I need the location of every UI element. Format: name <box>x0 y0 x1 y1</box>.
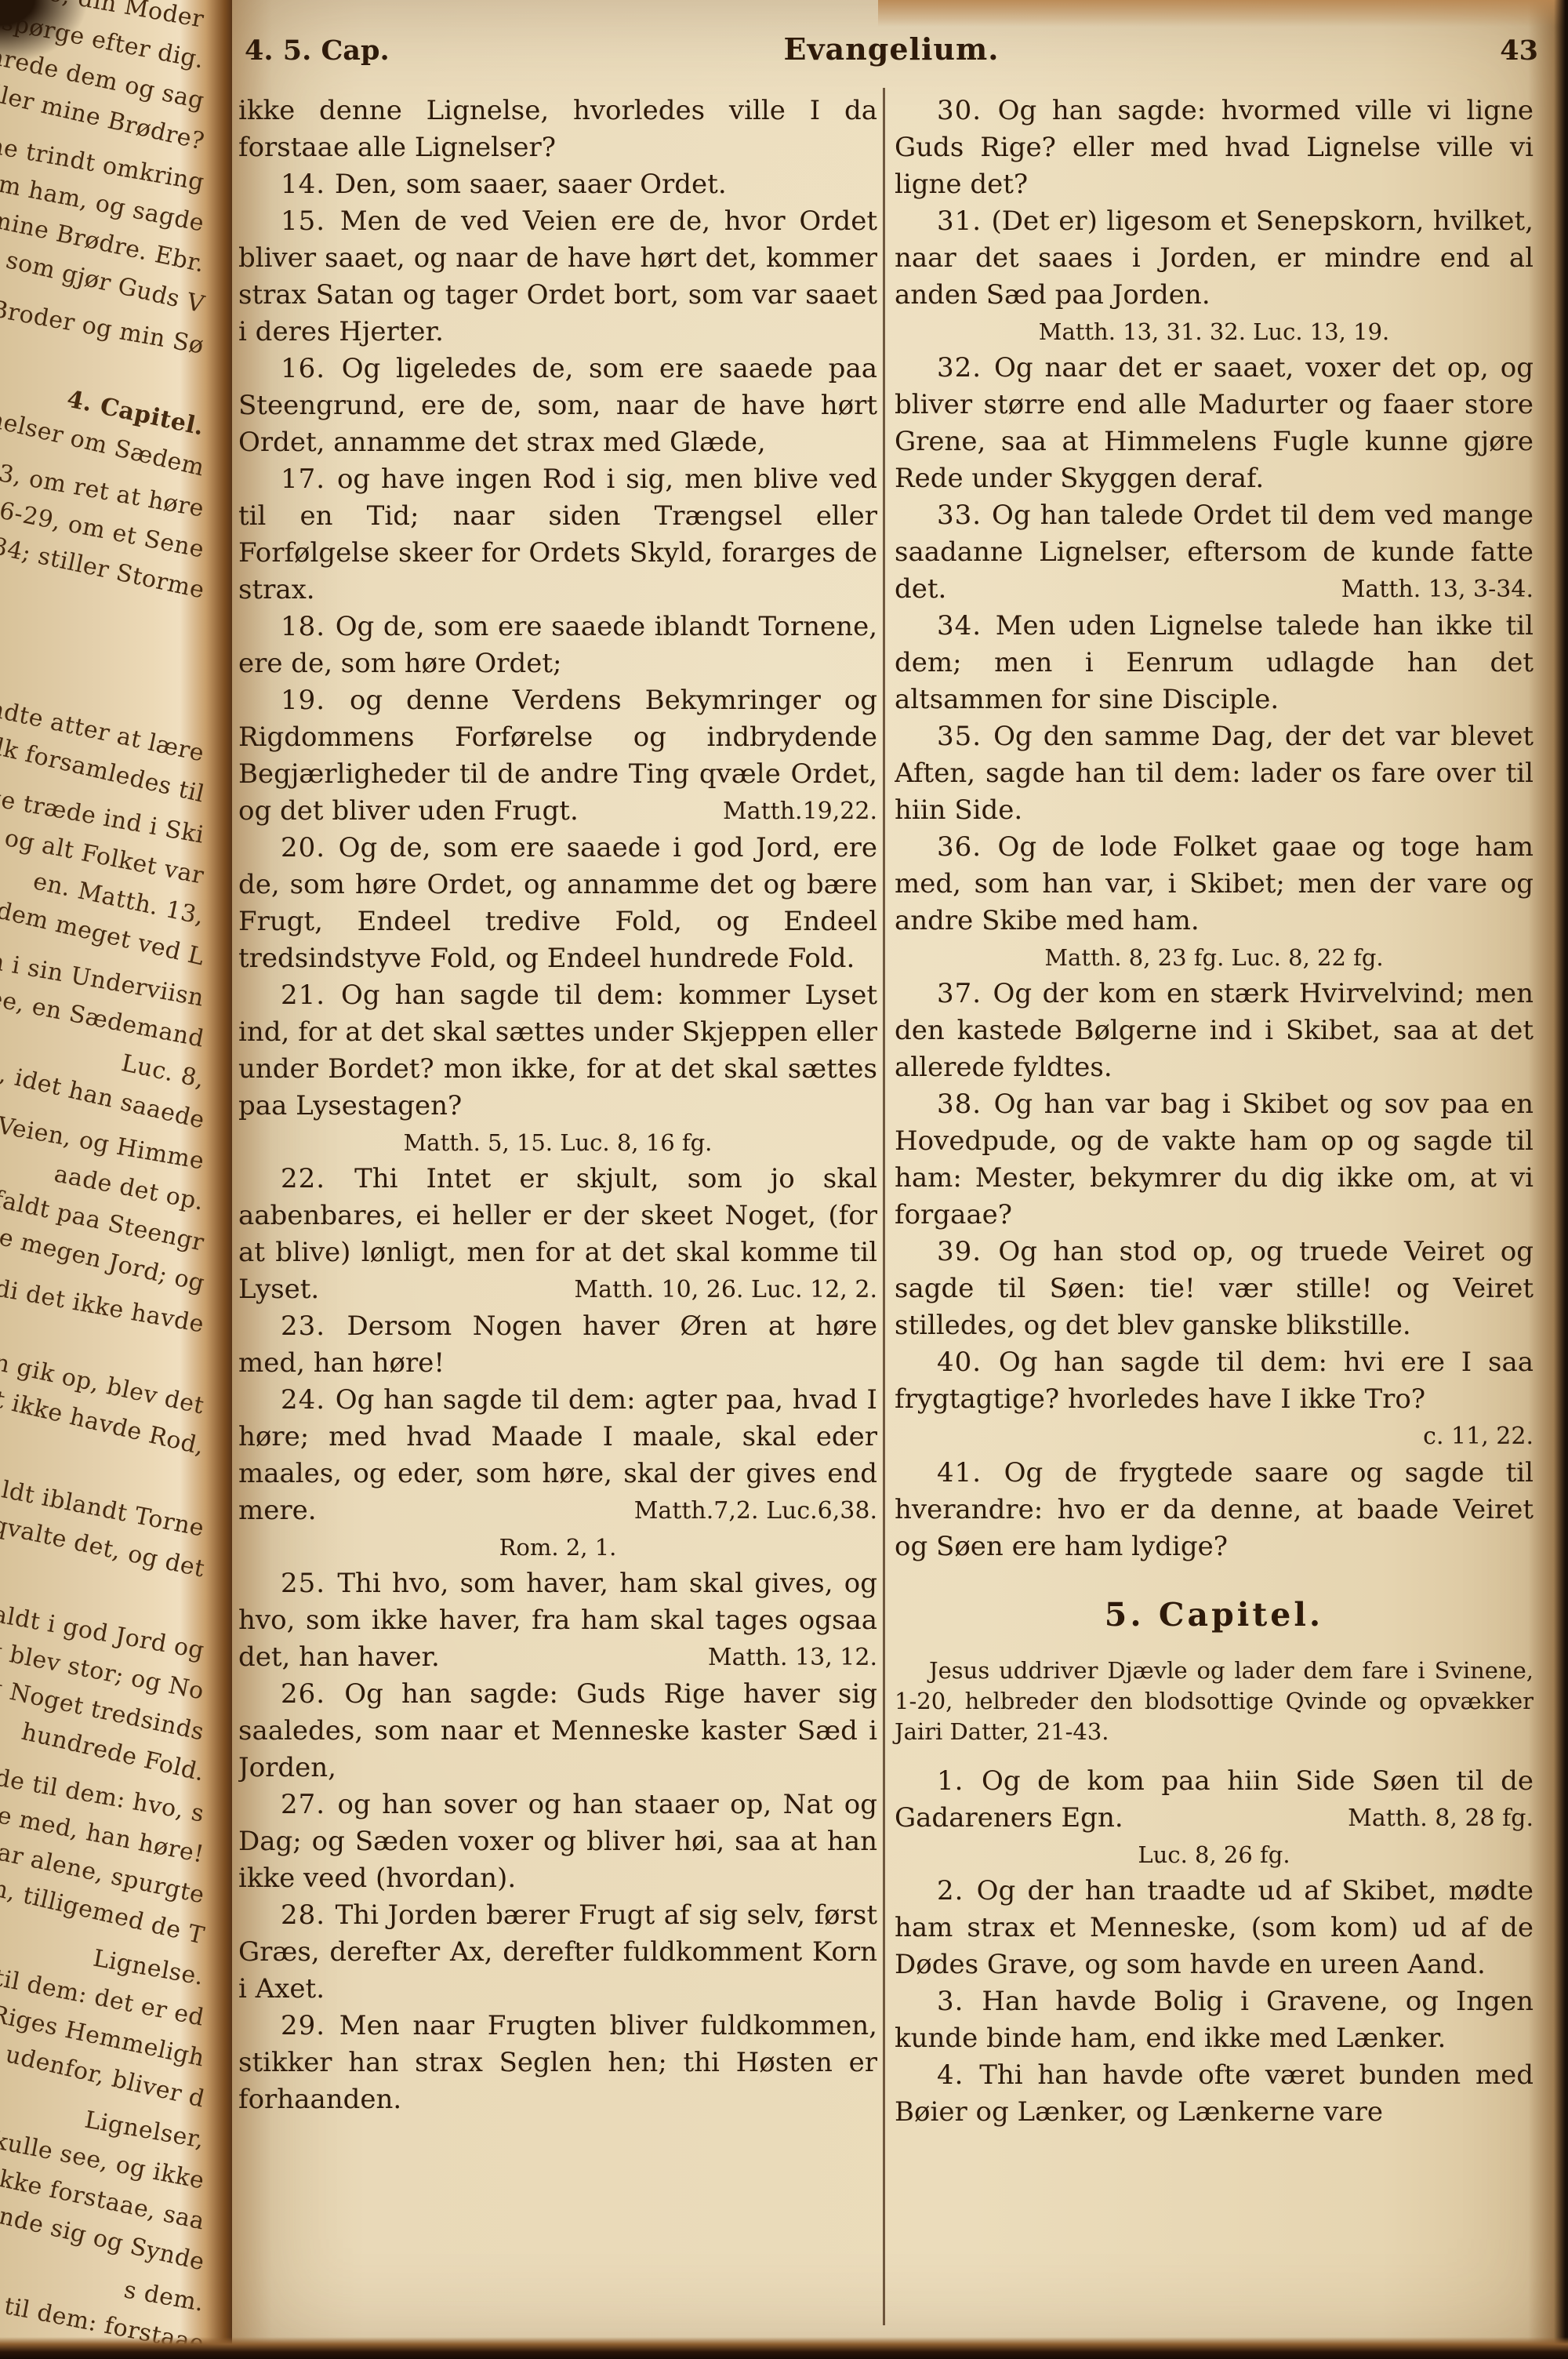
scripture-reference: Luc. 8, 26 fg. <box>895 1838 1534 1871</box>
verse: 31. (Det er) ligesom et Senepskorn, hvil… <box>895 203 1534 314</box>
chapter-heading: 5. Capitel. <box>895 1597 1534 1634</box>
verse-number: 21. <box>281 980 341 1011</box>
verse: 20. Og de, som ere saaede i god Jord, er… <box>238 830 877 977</box>
verse-number: 37. <box>937 978 993 1009</box>
verse: 41. Og de frygtede saare og sagde til hv… <box>895 1455 1534 1565</box>
verse-number: 16. <box>281 353 342 384</box>
scripture-reference: Matth. 13, 12. <box>666 1639 877 1676</box>
verse: 34. Men uden Lignelse talede han ikke ti… <box>895 608 1534 718</box>
page-edge-stack-bottom <box>0 2337 1568 2359</box>
verse: 18. Og de, som ere saaede iblandt Tornen… <box>238 609 877 682</box>
verse: 26. Og han sagde: Guds Rige haver sig sa… <box>238 1676 877 1787</box>
verse-number: 1. <box>937 1765 982 1797</box>
scripture-reference: Rom. 2, 1. <box>238 1531 877 1564</box>
verse-number: 14. <box>281 169 335 200</box>
verse: 30. Og han sagde: hvormed ville vi ligne… <box>895 93 1534 203</box>
verse: 1. Og de kom paa hiin Side Søen til de G… <box>895 1763 1534 1837</box>
verse: 38. Og han var bag i Skibet og sov paa e… <box>895 1086 1534 1234</box>
verse: 15. Men de ved Veien ere de, hvor Ordet … <box>238 203 877 351</box>
right-column-verses-chapter4: 30. Og han sagde: hvormed ville vi ligne… <box>895 93 1534 1565</box>
verse: 23. Dersom Nogen haver Øren at høre med,… <box>238 1308 877 1382</box>
left-column-verses: 14. Den, som saaer, saaer Ordet.15. Men … <box>238 166 877 2118</box>
photo-edge-right <box>1554 0 1568 2359</box>
verse: 33. Og han talede Ordet til dem ved mang… <box>895 497 1534 608</box>
scripture-reference: Matth. 8, 28 fg. <box>1305 1800 1534 1837</box>
verse-number: 33. <box>937 500 992 531</box>
verse-number: 23. <box>281 1310 347 1342</box>
verse-number: 24. <box>281 1384 336 1416</box>
verse-number: 31. <box>937 205 992 237</box>
verse-number: 35. <box>937 721 993 752</box>
verse-number: 41. <box>937 1457 1004 1488</box>
scripture-reference: Matth.7,2. Luc.6,38. <box>592 1492 877 1529</box>
right-column-verses-chapter5: 1. Og de kom paa hiin Side Søen til de G… <box>895 1763 1534 2131</box>
verse: 3. Han havde Bolig i Gravene, og Ingen k… <box>895 1983 1534 2057</box>
verse: 16. Og ligeledes de, som ere saaede paa … <box>238 351 877 461</box>
scripture-reference: Matth.19,22. <box>681 793 877 830</box>
page-header: 4. 5. Cap. Evangelium. 43 <box>245 31 1538 67</box>
verse-number: 19. <box>281 685 350 716</box>
verse: 37. Og der kom en stærk Hvirvelvind; men… <box>895 976 1534 1086</box>
book-page: 4. 5. Cap. Evangelium. 43 ikke denne Lig… <box>232 0 1568 2359</box>
facing-page-gutter: see, din Moderr spørge efter dig.n svare… <box>0 0 237 2359</box>
verse: 21. Og han sagde til dem: kommer Lyset i… <box>238 977 877 1125</box>
left-column: ikke denne Lignelse, hvorledes ville I d… <box>238 93 877 2131</box>
verse-number: 34. <box>937 610 996 642</box>
verse-number: 30. <box>937 95 998 126</box>
scripture-reference: Matth. 10, 26. Luc. 12, 2. <box>532 1271 877 1308</box>
verse-number: 22. <box>281 1163 354 1194</box>
verse: 25. Thi hvo, som haver, ham skal gives, … <box>238 1565 877 1676</box>
verse-number: 36. <box>937 831 998 863</box>
verse: 19. og denne Verdens Bekymringer og Rigd… <box>238 682 877 830</box>
photo-corner-shadow <box>0 0 86 63</box>
scripture-reference: Matth. 13, 31. 32. Luc. 13, 19. <box>895 315 1534 348</box>
verse: 35. Og den samme Dag, der det var blevet… <box>895 718 1534 829</box>
chapter-intro: Jesus uddriver Djævle og lader dem fare … <box>895 1656 1534 1747</box>
verse-number: 25. <box>281 1568 337 1599</box>
chapter-label: 4. 5. Cap. <box>245 35 480 67</box>
verse-number: 32. <box>937 352 994 383</box>
verse-number: 20. <box>281 832 339 863</box>
verse: 32. Og naar det er saaet, voxer det op, … <box>895 350 1534 497</box>
scripture-reference: Matth. 5, 15. Luc. 8, 16 fg. <box>238 1126 877 1159</box>
verse-number: 2. <box>937 1875 977 1906</box>
text-columns: ikke denne Lignelse, hvorledes ville I d… <box>238 93 1534 2131</box>
scripture-reference: Matth. 8, 23 fg. Luc. 8, 22 fg. <box>895 941 1534 974</box>
verse: 22. Thi Intet er skjult, som jo skal aab… <box>238 1161 877 1308</box>
verse: 36. Og de lode Folket gaae og toge ham m… <box>895 829 1534 940</box>
verse: 14. Den, som saaer, saaer Ordet. <box>238 166 877 203</box>
verse-number: 3. <box>937 1986 982 2017</box>
verse: 24. Og han sagde til dem: agter paa, hva… <box>238 1382 877 1529</box>
verse: 4. Thi han havde ofte været bunden med B… <box>895 2057 1534 2131</box>
verse-number: 27. <box>281 1789 338 1820</box>
verse: 2. Og der han traadte ud af Skibet, mødt… <box>895 1873 1534 1983</box>
verse: 27. og han sover og han staaer op, Nat o… <box>238 1787 877 1897</box>
verse: 39. Og han stod op, og truede Veiret og … <box>895 1234 1534 1344</box>
verse-number: 40. <box>937 1347 999 1378</box>
verse-number: 28. <box>281 1899 336 1931</box>
page-title: Evangelium. <box>480 31 1303 67</box>
right-column: 30. Og han sagde: hvormed ville vi ligne… <box>895 93 1534 2131</box>
verse-number: 26. <box>281 1678 344 1710</box>
facing-page-text-fragment: Lignelse. <box>92 1945 206 1991</box>
verse-number: 18. <box>281 611 336 642</box>
verse-number: 29. <box>281 2010 339 2041</box>
verse: 40. Og han sagde til dem: hvi ere I saa … <box>895 1344 1534 1455</box>
verse-number: 17. <box>281 463 337 495</box>
page-number: 43 <box>1303 35 1538 67</box>
scripture-reference: Matth. 13, 3-34. <box>1299 571 1534 608</box>
page-edge-stack-top <box>878 0 1568 27</box>
facing-page-text-fragment: Luc. 8, <box>118 1049 206 1094</box>
verse: 28. Thi Jorden bærer Frugt af sig selv, … <box>238 1897 877 2008</box>
verse-number: 4. <box>937 2059 979 2091</box>
verse-continuation: ikke denne Lignelse, hvorledes ville I d… <box>238 93 877 166</box>
verse-number: 15. <box>281 205 340 237</box>
verse: 17. og have ingen Rod i sig, men blive v… <box>238 461 877 609</box>
facing-page-text-fragment: s dem. <box>122 2276 206 2317</box>
verse: 29. Men naar Frugten bliver fuldkommen, … <box>238 2008 877 2118</box>
scripture-reference: c. 11, 22. <box>1381 1418 1534 1455</box>
verse-number: 38. <box>937 1089 994 1120</box>
verse-number: 39. <box>937 1236 998 1267</box>
